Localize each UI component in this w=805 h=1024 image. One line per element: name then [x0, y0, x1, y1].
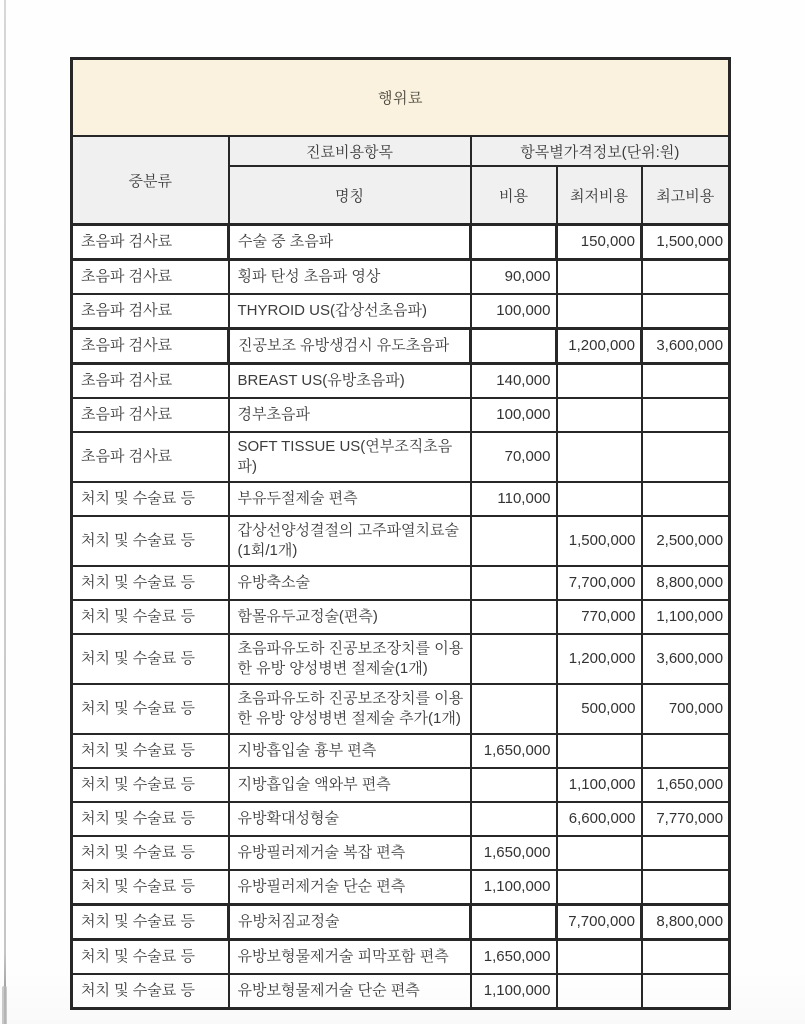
scanned-page: 행위료 중분류 진료비용항목 항목별가격정보(단위:원) 명칭 비용 최저비용 … — [0, 0, 805, 1024]
table-row: 처치 및 수술료 등갑상선양성결절의 고주파열치료술(1회/1개)1,500,0… — [72, 516, 730, 566]
cell-cost: 70,000 — [471, 432, 557, 482]
cell-max: 2,500,000 — [642, 516, 730, 566]
table-row: 초음파 검사료BREAST US(유방초음파)140,000 — [72, 364, 730, 399]
header-max: 최고비용 — [642, 166, 730, 225]
header-row-1: 중분류 진료비용항목 항목별가격정보(단위:원) — [72, 136, 730, 166]
table-row: 처치 및 수술료 등지방흡입술 액와부 편측1,100,0001,650,000 — [72, 768, 730, 802]
cell-category: 처치 및 수술료 등 — [72, 516, 229, 566]
cell-name: 경부초음파 — [229, 398, 471, 432]
cell-name: 유방필러제거술 복잡 편측 — [229, 836, 471, 870]
cell-name: 부유두절제술 편측 — [229, 482, 471, 516]
cell-cost: 1,100,000 — [471, 974, 557, 1009]
header-name: 명칭 — [229, 166, 471, 225]
fee-table: 행위료 중분류 진료비용항목 항목별가격정보(단위:원) 명칭 비용 최저비용 … — [70, 57, 731, 1010]
cell-min: 1,500,000 — [557, 516, 642, 566]
cell-cost: 110,000 — [471, 482, 557, 516]
cell-cost — [471, 802, 557, 836]
cell-name: 유방처짐교정술 — [229, 905, 471, 940]
cell-cost — [471, 634, 557, 684]
cell-cost: 140,000 — [471, 364, 557, 399]
header-cost: 비용 — [471, 166, 557, 225]
table-row: 초음파 검사료SOFT TISSUE US(연부조직초음파)70,000 — [72, 432, 730, 482]
table-row: 처치 및 수술료 등초음파유도하 진공보조장치를 이용한 유방 양성병변 절제술… — [72, 684, 730, 734]
cell-cost: 100,000 — [471, 398, 557, 432]
cell-min: 770,000 — [557, 600, 642, 634]
cell-category: 초음파 검사료 — [72, 398, 229, 432]
cell-min: 1,200,000 — [557, 634, 642, 684]
cell-max: 700,000 — [642, 684, 730, 734]
cell-category: 처치 및 수술료 등 — [72, 600, 229, 634]
cell-min — [557, 432, 642, 482]
cell-category: 처치 및 수술료 등 — [72, 802, 229, 836]
header-category: 중분류 — [72, 136, 229, 225]
cell-category: 처치 및 수술료 등 — [72, 768, 229, 802]
cell-name: 수술 중 초음파 — [229, 225, 471, 260]
cell-max — [642, 260, 730, 295]
cell-max — [642, 974, 730, 1009]
table-row: 처치 및 수술료 등부유두절제술 편측110,000 — [72, 482, 730, 516]
cell-name: 유방필러제거술 단순 편측 — [229, 870, 471, 905]
cell-min — [557, 734, 642, 768]
cell-cost: 1,650,000 — [471, 836, 557, 870]
cell-name: 진공보조 유방생검시 유도초음파 — [229, 329, 471, 364]
cell-min — [557, 294, 642, 329]
table-row: 처치 및 수술료 등함몰유두교정술(편측)770,0001,100,000 — [72, 600, 730, 634]
cell-name: 함몰유두교정술(편측) — [229, 600, 471, 634]
cell-category: 처치 및 수술료 등 — [72, 634, 229, 684]
cell-max: 8,800,000 — [642, 905, 730, 940]
cell-category: 처치 및 수술료 등 — [72, 870, 229, 905]
table-title-row: 행위료 — [72, 59, 730, 137]
cell-min: 150,000 — [557, 225, 642, 260]
cell-name: 유방축소술 — [229, 566, 471, 600]
cell-cost: 1,100,000 — [471, 870, 557, 905]
cell-max — [642, 294, 730, 329]
cell-cost: 90,000 — [471, 260, 557, 295]
cell-name: 지방흡입술 액와부 편측 — [229, 768, 471, 802]
cell-category: 초음파 검사료 — [72, 260, 229, 295]
cell-name: THYROID US(갑상선초음파) — [229, 294, 471, 329]
header-min: 최저비용 — [557, 166, 642, 225]
cell-max — [642, 870, 730, 905]
page-edge-shadow-bottom — [2, 986, 7, 1024]
cell-min — [557, 260, 642, 295]
cell-min — [557, 482, 642, 516]
cell-cost: 1,650,000 — [471, 734, 557, 768]
cell-cost — [471, 225, 557, 260]
table-row: 초음파 검사료수술 중 초음파150,0001,500,000 — [72, 225, 730, 260]
cell-min — [557, 836, 642, 870]
cell-min: 7,700,000 — [557, 905, 642, 940]
cell-min: 500,000 — [557, 684, 642, 734]
table-row: 처치 및 수술료 등유방축소술7,700,0008,800,000 — [72, 566, 730, 600]
cell-name: BREAST US(유방초음파) — [229, 364, 471, 399]
cell-max: 8,800,000 — [642, 566, 730, 600]
cell-category: 초음파 검사료 — [72, 294, 229, 329]
cell-min: 1,200,000 — [557, 329, 642, 364]
cell-category: 처치 및 수술료 등 — [72, 836, 229, 870]
cell-min — [557, 364, 642, 399]
cell-category: 처치 및 수술료 등 — [72, 974, 229, 1009]
cell-category: 초음파 검사료 — [72, 225, 229, 260]
cell-max — [642, 364, 730, 399]
table-row: 초음파 검사료횡파 탄성 초음파 영상90,000 — [72, 260, 730, 295]
header-item-group: 진료비용항목 — [229, 136, 471, 166]
table-row: 처치 및 수술료 등유방보형물제거술 피막포함 편측1,650,000 — [72, 940, 730, 975]
cell-max — [642, 432, 730, 482]
table-row: 초음파 검사료THYROID US(갑상선초음파)100,000 — [72, 294, 730, 329]
table-row: 처치 및 수술료 등유방필러제거술 복잡 편측1,650,000 — [72, 836, 730, 870]
cell-max — [642, 734, 730, 768]
cell-cost — [471, 905, 557, 940]
cell-category: 처치 및 수술료 등 — [72, 905, 229, 940]
cell-category: 초음파 검사료 — [72, 432, 229, 482]
table-row: 처치 및 수술료 등유방보형물제거술 단순 편측1,100,000 — [72, 974, 730, 1009]
cell-min — [557, 398, 642, 432]
cell-cost: 100,000 — [471, 294, 557, 329]
cell-min — [557, 940, 642, 975]
cell-category: 처치 및 수술료 등 — [72, 940, 229, 975]
cell-cost — [471, 768, 557, 802]
cell-cost — [471, 516, 557, 566]
cell-name: 유방확대성형술 — [229, 802, 471, 836]
cell-category: 처치 및 수술료 등 — [72, 566, 229, 600]
cell-name: 유방보형물제거술 피막포함 편측 — [229, 940, 471, 975]
cell-max — [642, 482, 730, 516]
cell-max — [642, 836, 730, 870]
cell-max — [642, 398, 730, 432]
cell-min: 1,100,000 — [557, 768, 642, 802]
table-row: 처치 및 수술료 등초음파유도하 진공보조장치를 이용한 유방 양성병변 절제술… — [72, 634, 730, 684]
cell-category: 처치 및 수술료 등 — [72, 734, 229, 768]
table-title: 행위료 — [72, 59, 730, 137]
cell-cost — [471, 566, 557, 600]
cell-max: 7,770,000 — [642, 802, 730, 836]
cell-min: 7,700,000 — [557, 566, 642, 600]
cell-cost — [471, 329, 557, 364]
cell-name: 유방보형물제거술 단순 편측 — [229, 974, 471, 1009]
cell-category: 초음파 검사료 — [72, 329, 229, 364]
table-row: 처치 및 수술료 등유방필러제거술 단순 편측1,100,000 — [72, 870, 730, 905]
cell-cost — [471, 600, 557, 634]
cell-cost — [471, 684, 557, 734]
cell-name: SOFT TISSUE US(연부조직초음파) — [229, 432, 471, 482]
cell-max: 1,100,000 — [642, 600, 730, 634]
cell-min — [557, 870, 642, 905]
cell-name: 초음파유도하 진공보조장치를 이용한 유방 양성병변 절제술 추가(1개) — [229, 684, 471, 734]
table-row: 초음파 검사료경부초음파100,000 — [72, 398, 730, 432]
table-row: 처치 및 수술료 등유방확대성형술6,600,0007,770,000 — [72, 802, 730, 836]
cell-min — [557, 974, 642, 1009]
fee-table-body: 초음파 검사료수술 중 초음파150,0001,500,000초음파 검사료횡파… — [72, 225, 730, 1009]
cell-name: 초음파유도하 진공보조장치를 이용한 유방 양성병변 절제술(1개) — [229, 634, 471, 684]
cell-max: 3,600,000 — [642, 634, 730, 684]
header-price-group: 항목별가격정보(단위:원) — [471, 136, 730, 166]
cell-min: 6,600,000 — [557, 802, 642, 836]
cell-category: 초음파 검사료 — [72, 364, 229, 399]
table-row: 초음파 검사료진공보조 유방생검시 유도초음파1,200,0003,600,00… — [72, 329, 730, 364]
cell-category: 처치 및 수술료 등 — [72, 684, 229, 734]
cell-category: 처치 및 수술료 등 — [72, 482, 229, 516]
cell-cost: 1,650,000 — [471, 940, 557, 975]
table-row: 처치 및 수술료 등유방처짐교정술7,700,0008,800,000 — [72, 905, 730, 940]
cell-name: 횡파 탄성 초음파 영상 — [229, 260, 471, 295]
cell-max: 3,600,000 — [642, 329, 730, 364]
cell-name: 갑상선양성결절의 고주파열치료술(1회/1개) — [229, 516, 471, 566]
cell-max: 1,650,000 — [642, 768, 730, 802]
table-row: 처치 및 수술료 등지방흡입술 흉부 편측1,650,000 — [72, 734, 730, 768]
cell-max — [642, 940, 730, 975]
cell-name: 지방흡입술 흉부 편측 — [229, 734, 471, 768]
page-edge-shadow — [4, 0, 6, 1024]
cell-max: 1,500,000 — [642, 225, 730, 260]
